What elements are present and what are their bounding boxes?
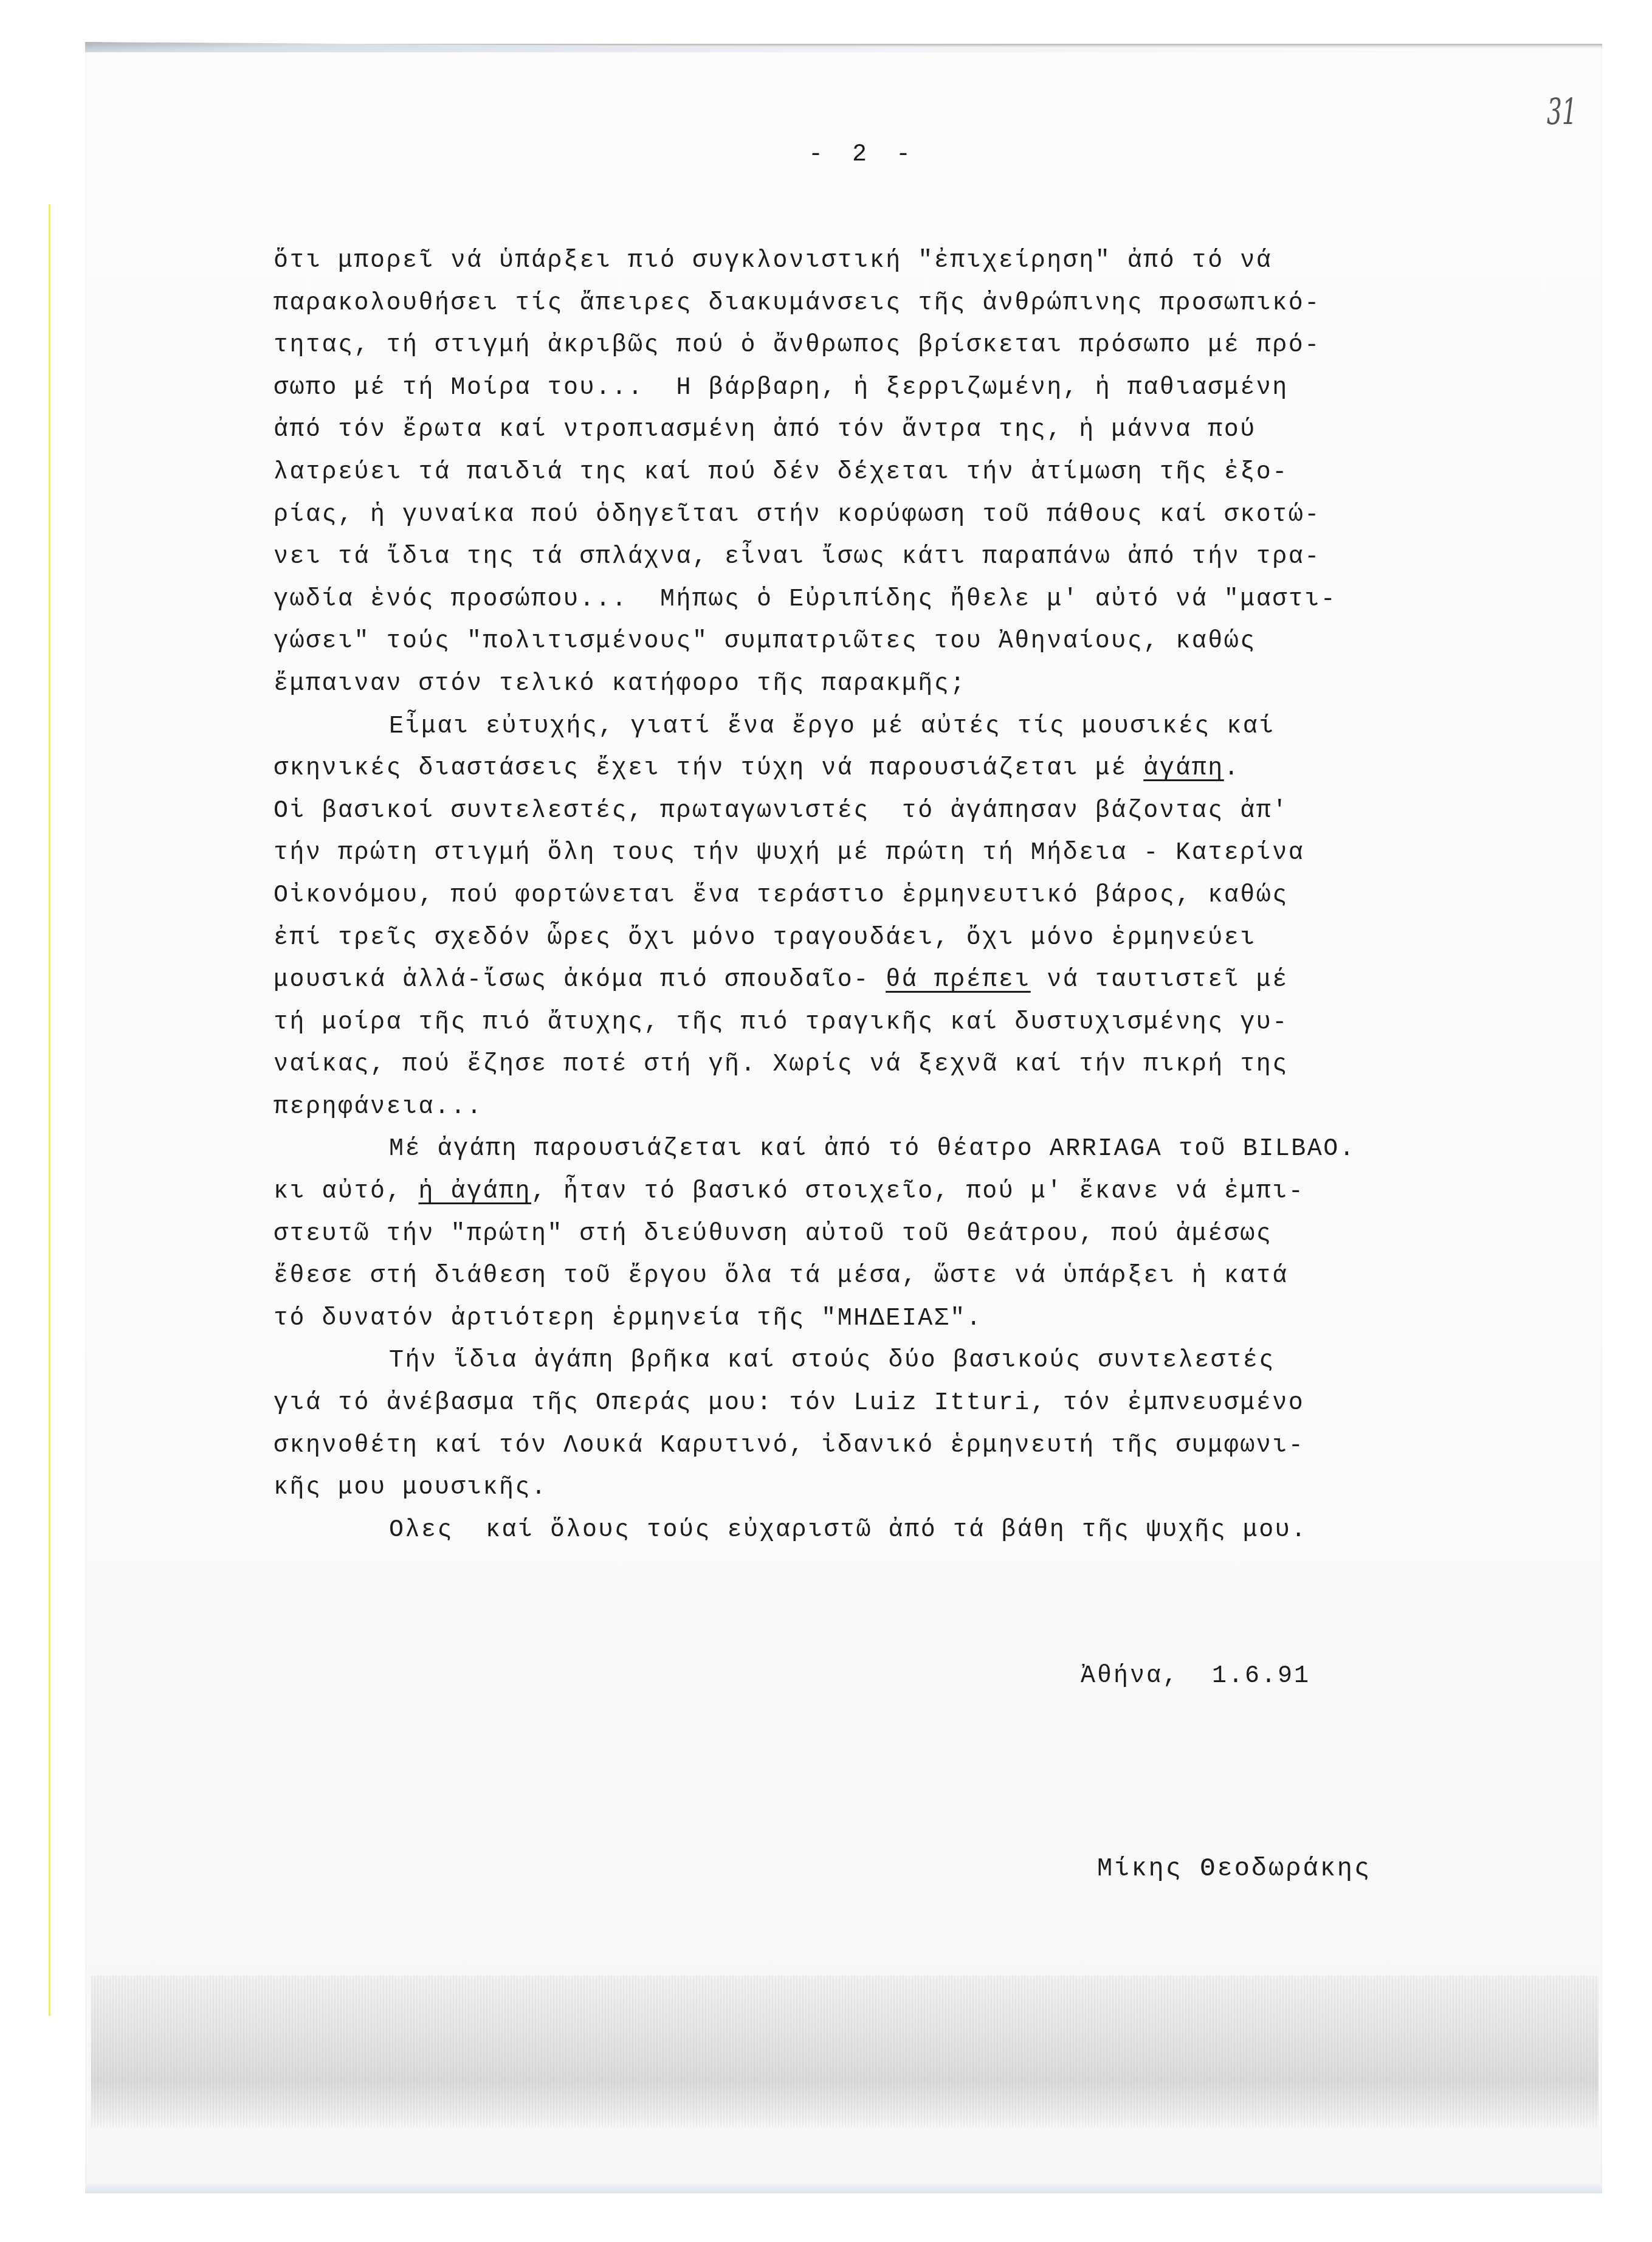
text-line: νει τά ἴδια της τά σπλάχνα, εἶναι ἴσως κ…	[274, 536, 1550, 579]
scan-edge-line	[49, 204, 50, 2016]
text-line: κῆς μου μουσικῆς.	[274, 1467, 1550, 1509]
text-segment: σκηνικές διαστάσεις ἔχει τήν τύχη νά παρ…	[274, 755, 1143, 782]
paragraph-1: ὅτι μπορεῖ νά ὑπάρξει πιό συγκλονιστική …	[274, 240, 1550, 706]
paragraph-5: Ολες καί ὅλους τούς εὐχαριστῶ ἀπό τά βάθ…	[274, 1509, 1550, 1552]
text-line: Εἶμαι εὐτυχής, γιατί ἔνα ἔργο μέ αὐτές τ…	[274, 706, 1550, 748]
paragraph-2: Εἶμαι εὐτυχής, γιατί ἔνα ἔργο μέ αὐτές τ…	[274, 706, 1550, 1129]
text-segment: κι αὐτό,	[274, 1178, 419, 1206]
underlined-text: θά πρέπει	[886, 967, 1031, 994]
text-line: Τήν ἴδια ἀγάπη βρῆκα καί στούς δύο βασικ…	[274, 1340, 1550, 1382]
text-line: ὅτι μπορεῖ νά ὑπάρξει πιό συγκλονιστική …	[274, 240, 1550, 283]
text-line: ναίκας, πού ἔζησε ποτέ στή γῆ. Χωρίς νά …	[274, 1044, 1550, 1086]
text-line: τό δυνατόν ἀρτιότερη ἑρμηνεία τῆς "ΜΗΔΕΙ…	[274, 1298, 1550, 1340]
page-number: - 2 -	[808, 141, 918, 168]
text-line: Οἰκονόμου, πού φορτώνεται ἕνα τεράστιο ἑ…	[274, 875, 1550, 917]
text-line: ἔμπαιναν στόν τελικό κατήφορο τῆς παρακμ…	[274, 663, 1550, 706]
text-line: γιά τό ἀνέβασμα τῆς Οπεράς μου: τόν Luiz…	[274, 1382, 1550, 1425]
text-line: ρίας, ἡ γυναίκα πού ὁδηγεῖται στήν κορύφ…	[274, 494, 1550, 537]
text-line: Ολες καί ὅλους τούς εὐχαριστῶ ἀπό τά βάθ…	[274, 1509, 1550, 1552]
text-line: Μέ ἀγάπη παρουσιάζεται καί ἀπό τό θέατρο…	[274, 1128, 1550, 1171]
text-segment: νά ταυτιστεῖ μέ	[1031, 967, 1289, 994]
text-line: τητας, τή στιγμή ἀκριβῶς πού ὁ ἄνθρωπος …	[274, 325, 1550, 367]
text-line: σκηνοθέτη καί τόν Λουκά Καρυτινό, ἰδανικ…	[274, 1425, 1550, 1468]
date-line: Ἀθήνα, 1.6.91	[1081, 1663, 1310, 1690]
text-line: γωδία ἑνός προσώπου... Μήπως ὁ Εὐριπίδης…	[274, 579, 1550, 621]
paragraph-4: Τήν ἴδια ἀγάπη βρῆκα καί στούς δύο βασικ…	[274, 1340, 1550, 1509]
text-segment: .	[1224, 755, 1241, 782]
signature: Μίκης Θεοδωράκης	[1097, 1854, 1371, 1883]
underlined-text: ἀγάπη	[1143, 755, 1224, 782]
paper-bottom-edge	[85, 2184, 1602, 2193]
text-line: μουσικά ἀλλά-ἴσως ἀκόμα πιό σπουδαῖο- θά…	[274, 959, 1550, 1002]
text-line: λατρεύει τά παιδιά της καί πού δέν δέχετ…	[274, 452, 1550, 494]
scan-noise-band	[91, 1976, 1599, 2128]
text-line: γώσει" τούς "πολιτισμένους" συμπατριῶτες…	[274, 621, 1550, 663]
text-line: τήν πρώτη στιγμή ὅλη τους τήν ψυχή μέ πρ…	[274, 832, 1550, 875]
text-line: τή μοίρα τῆς πιό ἄτυχης, τῆς πιό τραγικῆ…	[274, 1002, 1550, 1044]
text-line: περηφάνεια...	[274, 1086, 1550, 1129]
text-line: ἐπί τρεῖς σχεδόν ὧρες ὄχι μόνο τραγουδάε…	[274, 917, 1550, 960]
text-line: ἔθεσε στή διάθεση τοῦ ἔργου ὅλα τά μέσα,…	[274, 1255, 1550, 1298]
handwritten-folio-number: 31	[1547, 91, 1577, 134]
text-line: Οἱ βασικοί συντελεστές, πρωταγωνιστές τό…	[274, 790, 1550, 833]
text-segment: , ἦταν τό βασικό στοιχεῖο, πού μ' ἔκανε …	[531, 1178, 1304, 1206]
paragraph-3: Μέ ἀγάπη παρουσιάζεται καί ἀπό τό θέατρο…	[274, 1128, 1550, 1340]
text-segment: μουσικά ἀλλά-ἴσως ἀκόμα πιό σπουδαῖο-	[274, 967, 886, 994]
text-line: σκηνικές διαστάσεις ἔχει τήν τύχη νά παρ…	[274, 748, 1550, 790]
underlined-text: ἡ ἀγάπη	[419, 1178, 532, 1206]
text-line: κι αὐτό, ἡ ἀγάπη, ἦταν τό βασικό στοιχεῖ…	[274, 1171, 1550, 1213]
text-line: στευτῶ τήν "πρώτη" στή διεύθυνση αὐτοῦ τ…	[274, 1213, 1550, 1256]
text-line: ἀπό τόν ἔρωτα καί ντροπιασμένη ἀπό τόν ἄ…	[274, 409, 1550, 452]
text-line: σωπο μέ τή Μοίρα του... Η βάρβαρη, ἡ ξερ…	[274, 367, 1550, 410]
letter-body: ὅτι μπορεῖ νά ὑπάρξει πιό συγκλονιστική …	[274, 240, 1550, 1551]
text-line: παρακολουθήσει τίς ἄπειρες διακυμάνσεις …	[274, 283, 1550, 325]
